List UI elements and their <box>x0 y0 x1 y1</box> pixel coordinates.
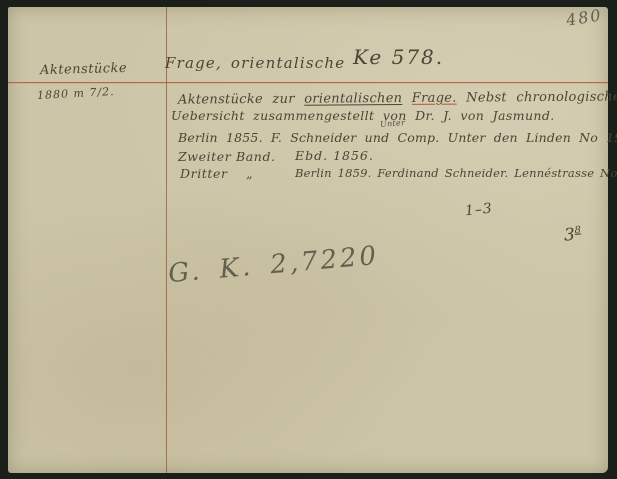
volume-3-ditto-mark: „ <box>246 166 252 181</box>
title-line-1-sep <box>402 91 412 106</box>
margin-accession-note: 1880 m 7/2. <box>37 85 115 102</box>
horizontal-ruled-line <box>8 82 608 83</box>
catalog-card: 480 Aktenstücke 1880 m 7/2. Frage, orien… <box>8 7 608 473</box>
interlinear-insertion: Unter <box>380 118 406 129</box>
margin-heading: Aktenstücke <box>40 61 128 78</box>
title-line-1-pre: Aktenstücke zur <box>178 92 304 108</box>
volume-range-annotation: 1–3 <box>464 201 493 220</box>
title-line-1-underlined-red: Frage. <box>412 91 457 106</box>
corner-page-number: 480 <box>565 5 604 29</box>
format-annotation: 38 <box>563 224 582 245</box>
format-superscript: 8 <box>574 225 581 236</box>
title-line-1-post: Nebst chronologischer <box>457 89 617 105</box>
call-number: G. K. 2,7220 <box>167 241 380 289</box>
title-line-1-underlined-ink: orientalischen <box>304 91 402 107</box>
volume-2-label: Zweiter Band. <box>178 149 276 164</box>
shelfmark: Ke 578. <box>353 45 444 69</box>
subject-heading: Frage, orientalische <box>165 54 345 72</box>
imprint-line: Berlin 1855. F. Schneider und Comp. Unte… <box>178 130 617 145</box>
title-line-1: Aktenstücke zur orientalischen Frage. Ne… <box>178 89 617 107</box>
volume-2-imprint: Ebd. 1856. <box>295 148 374 163</box>
title-line-2: Uebersicht zusammengestellt von Dr. J. v… <box>171 108 555 123</box>
volume-3-imprint: Berlin 1859. Ferdinand Schneider. Lennés… <box>295 166 617 180</box>
vertical-ruled-line <box>166 7 167 473</box>
volume-3-label: Dritter <box>180 166 228 181</box>
